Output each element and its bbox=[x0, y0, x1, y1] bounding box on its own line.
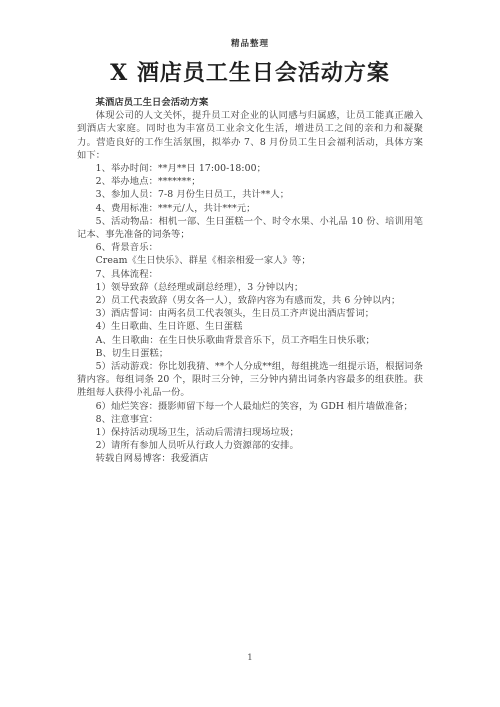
document-title: X 酒店员工生日会活动方案 bbox=[0, 56, 500, 87]
document-body: 某酒店员工生日会活动方案 体现公司的人文关怀，提升员工对企业的认同感与归属感，让… bbox=[77, 96, 423, 466]
paragraph-process-3: 3）酒店誓词：由两名员工代表领头，生日员工齐声说出酒店誓词； bbox=[77, 307, 423, 320]
page-number: 1 bbox=[0, 653, 500, 663]
paragraph-item-process: 7、具体流程： bbox=[77, 268, 423, 281]
paragraph-intro: 体现公司的人文关怀，提升员工对企业的认同感与归属感，让员工能真正融入到酒店大家庭… bbox=[77, 109, 423, 162]
paragraph-item-supplies: 5、活动物品：相机一部、生日蛋糕一个、时令水果、小礼品 10 份、培训用笔记本、… bbox=[77, 215, 423, 241]
header-note: 精品整理 bbox=[0, 37, 500, 49]
paragraph-process-2: 2）员工代表致辞（男女各一人），致辞内容为有感而发，共 6 分钟以内； bbox=[77, 294, 423, 307]
paragraph-note-2: 2）请所有参加人员听从行政人力资源部的安排。 bbox=[77, 439, 423, 452]
paragraph-process-4b: B、切生日蛋糕； bbox=[77, 347, 423, 360]
paragraph-item-time: 1、举办时间：**月**日 17:00-18:00； bbox=[77, 162, 423, 175]
paragraph-item-music: 6、背景音乐： bbox=[77, 241, 423, 254]
paragraph-source-line: 转载自网易博客：我爱酒店 bbox=[77, 452, 423, 465]
document-page: 精品整理 X 酒店员工生日会活动方案 某酒店员工生日会活动方案 体现公司的人文关… bbox=[0, 0, 500, 707]
paragraph-item-notes: 8、注意事宜： bbox=[77, 413, 423, 426]
paragraph-process-4a: A、生日歌曲：在生日快乐歌曲背景音乐下，员工齐唱生日快乐歌； bbox=[77, 334, 423, 347]
document-subtitle: 某酒店员工生日会活动方案 bbox=[77, 96, 423, 109]
paragraph-process-1: 1）领导致辞（总经理或副总经理），3 分钟以内； bbox=[77, 281, 423, 294]
paragraph-process-4: 4）生日歌曲、生日许愿、生日蛋糕 bbox=[77, 320, 423, 333]
paragraph-item-place: 2、举办地点：*******； bbox=[77, 175, 423, 188]
paragraph-item-cost: 4、费用标准：***元/人，共计***元； bbox=[77, 202, 423, 215]
paragraph-music-list: Cream《生日快乐》、群星《相亲相爱一家人》等； bbox=[77, 254, 423, 267]
paragraph-process-6: 6）灿烂笑容：摄影师留下每一个人最灿烂的笑容，为 GDH 相片墙做准备； bbox=[77, 400, 423, 413]
paragraph-process-5: 5）活动游戏：你比划我猜、**个人分成**组，每组挑选一组提示语，根据词条猜内容… bbox=[77, 360, 423, 400]
paragraph-note-1: 1）保持活动现场卫生，活动后需清扫现场垃圾； bbox=[77, 426, 423, 439]
paragraph-item-participants: 3、参加人员：7-8 月份生日员工，共计**人； bbox=[77, 188, 423, 201]
